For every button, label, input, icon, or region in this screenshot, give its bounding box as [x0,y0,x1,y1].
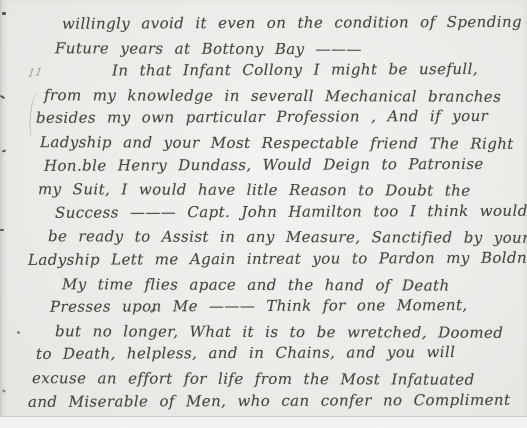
ink-blot [17,331,20,334]
manuscript-line-17: and Miserable of Men, who can confer no … [0,388,527,414]
manuscript-line-5: besides my own particular Profession , A… [0,105,527,131]
manuscript-line-7: Hon.ble Henry Dundass, Would Deign to Pa… [0,152,527,178]
manuscript-line-11: Ladyship Lett me Again intreat you to Pa… [0,247,527,273]
manuscript-line-15: to Death, helpless, and in Chains, and y… [0,341,527,367]
scan-speck [2,12,6,15]
scan-speck [0,229,4,231]
manuscript-line-13: Presses upon Me ——— Think for one Moment… [0,294,527,320]
page-bottom-edge [0,416,527,428]
manuscript-scan: 11 willingly avoid it even on the condit… [0,0,527,428]
manuscript-line-3: In that Infant Collony I might be useful… [0,58,527,84]
manuscript-line-1: willingly avoid it even on the condition… [0,11,527,37]
letter-body: willingly avoid it even on the condition… [0,13,527,414]
manuscript-line-9: Success ——— Capt. John Hamilton too I th… [0,199,527,225]
